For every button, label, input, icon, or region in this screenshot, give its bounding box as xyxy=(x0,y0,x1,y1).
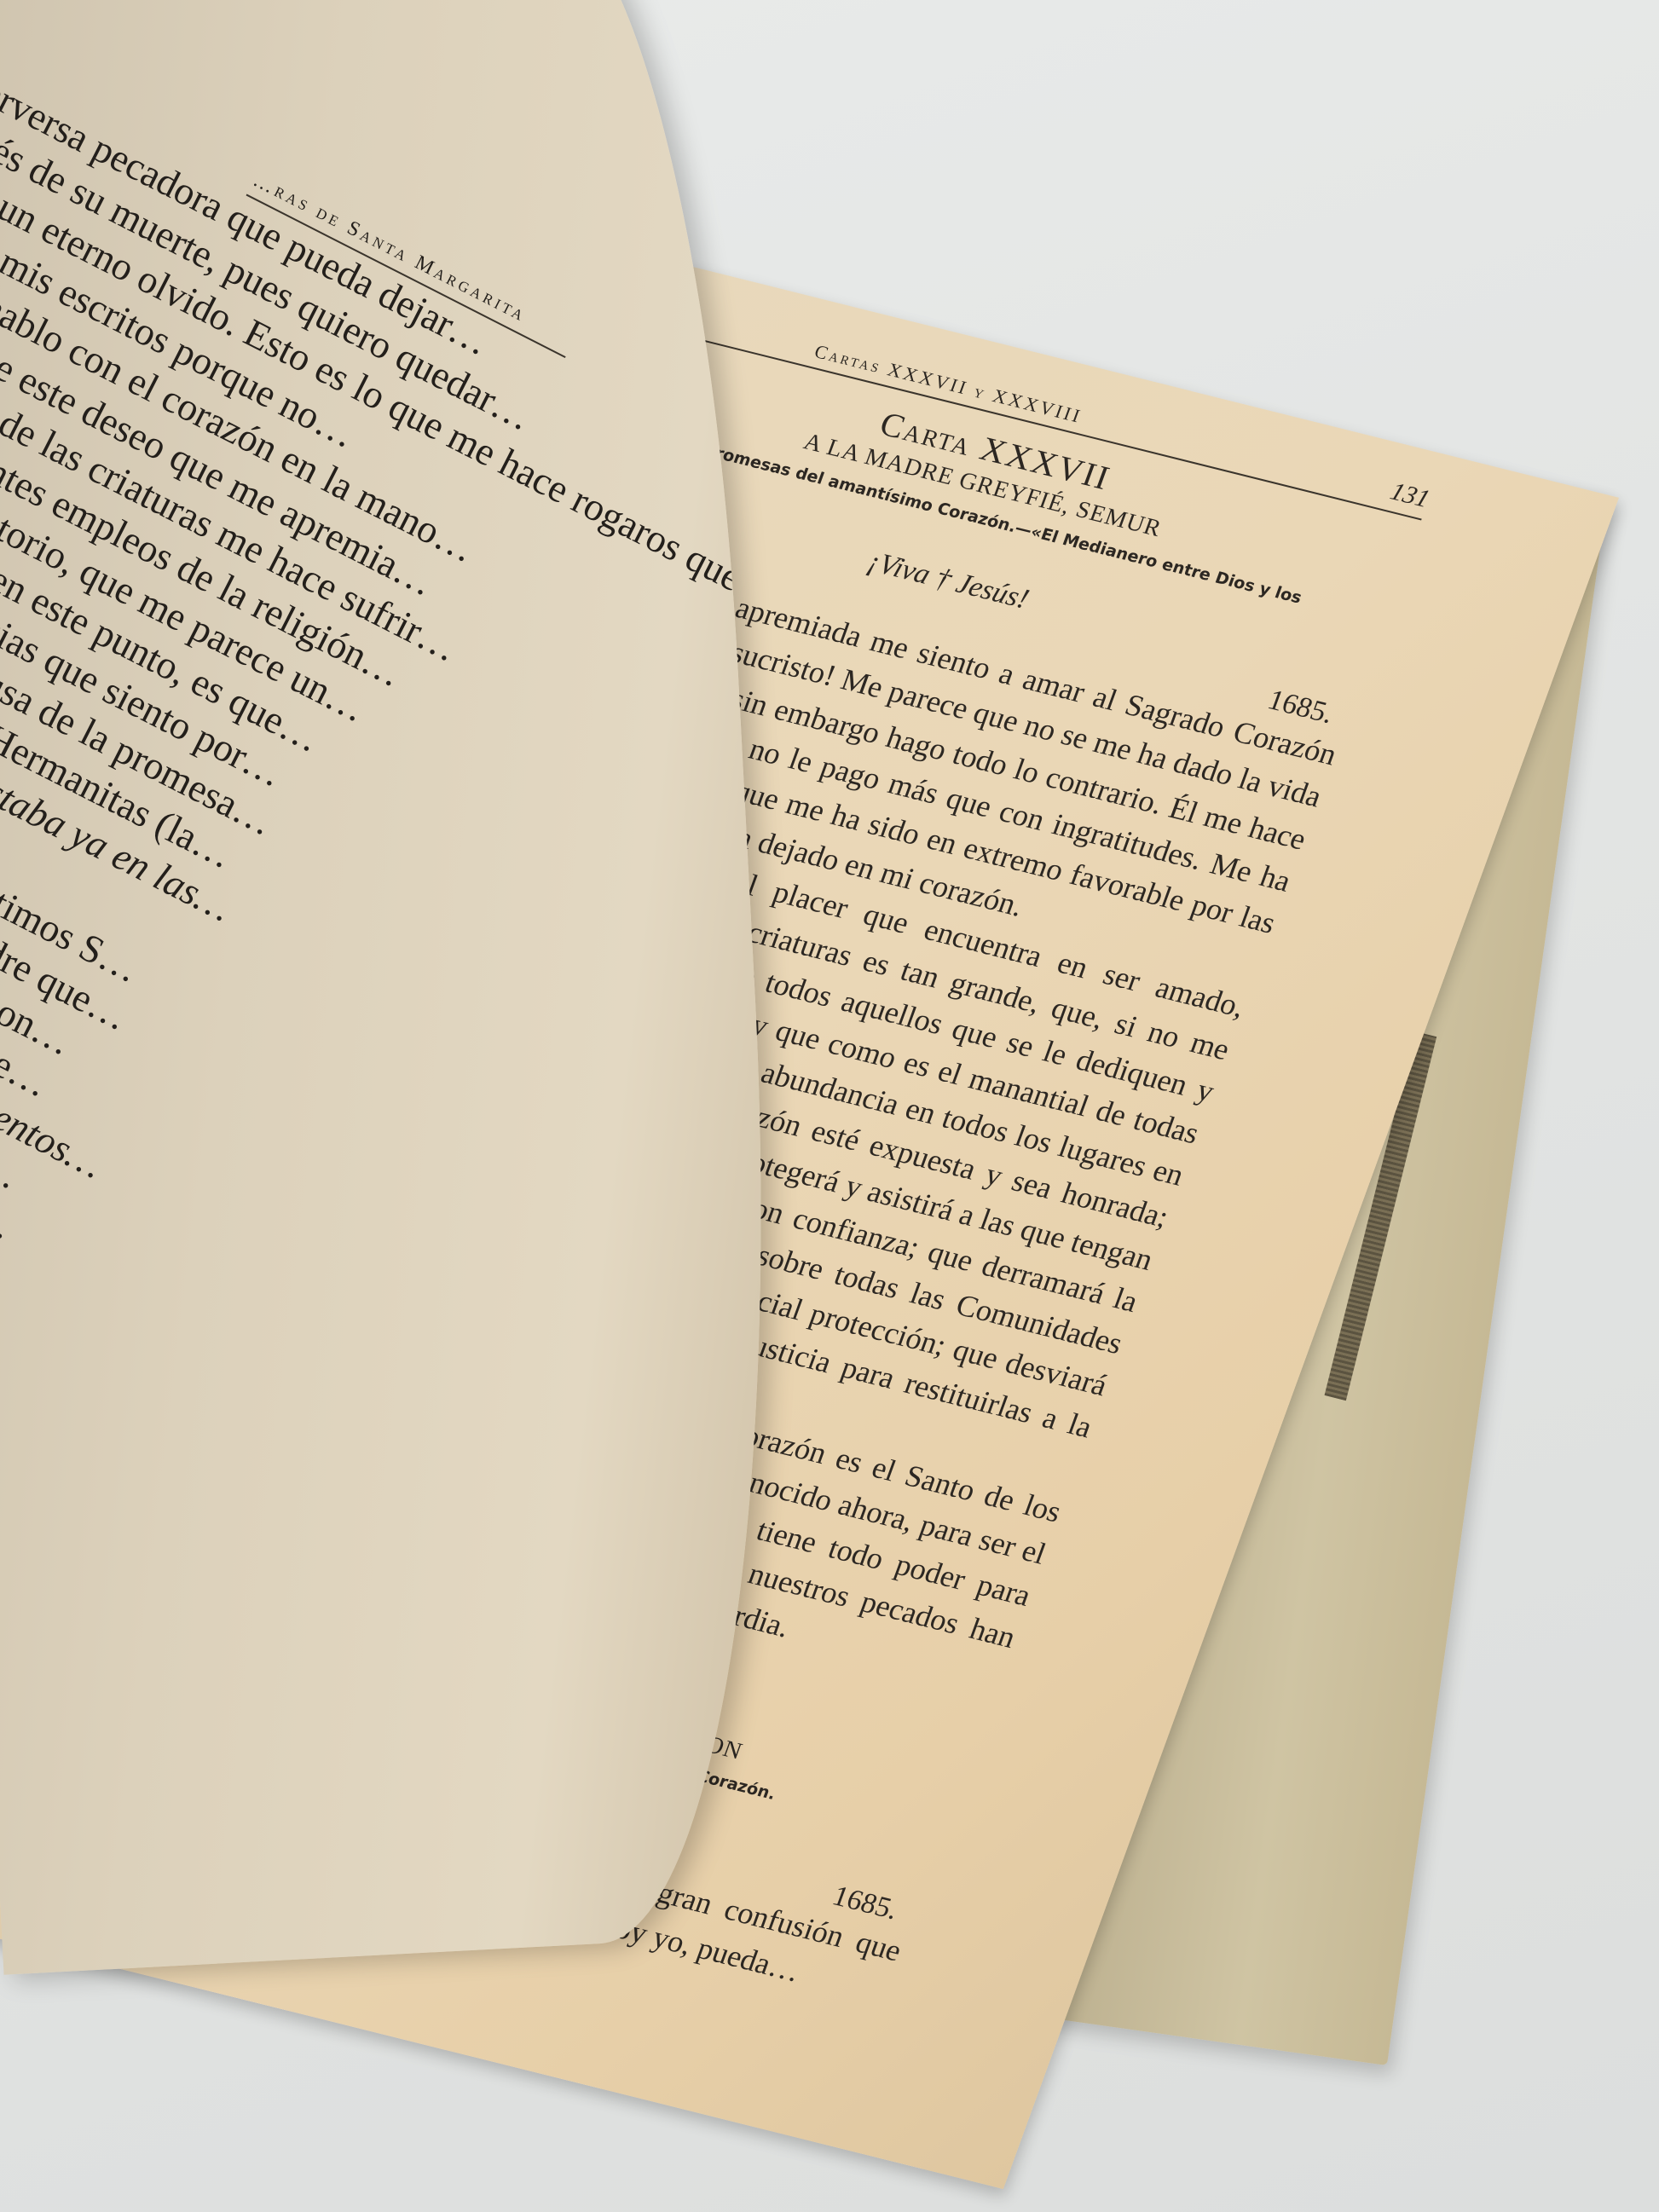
photo-scene: Cartas XXXVII y XXXVIII 131 Carta XXXVII… xyxy=(0,0,1659,2212)
left-page-content: …ras de Santa Margarita …de tan perversa… xyxy=(0,0,624,1975)
page-number: 131 xyxy=(1386,477,1433,514)
left-page: …ras de Santa Margarita …de tan perversa… xyxy=(0,0,804,1975)
left-page-lines: …de tan perversa pecadora que pueda deja… xyxy=(0,0,610,1975)
